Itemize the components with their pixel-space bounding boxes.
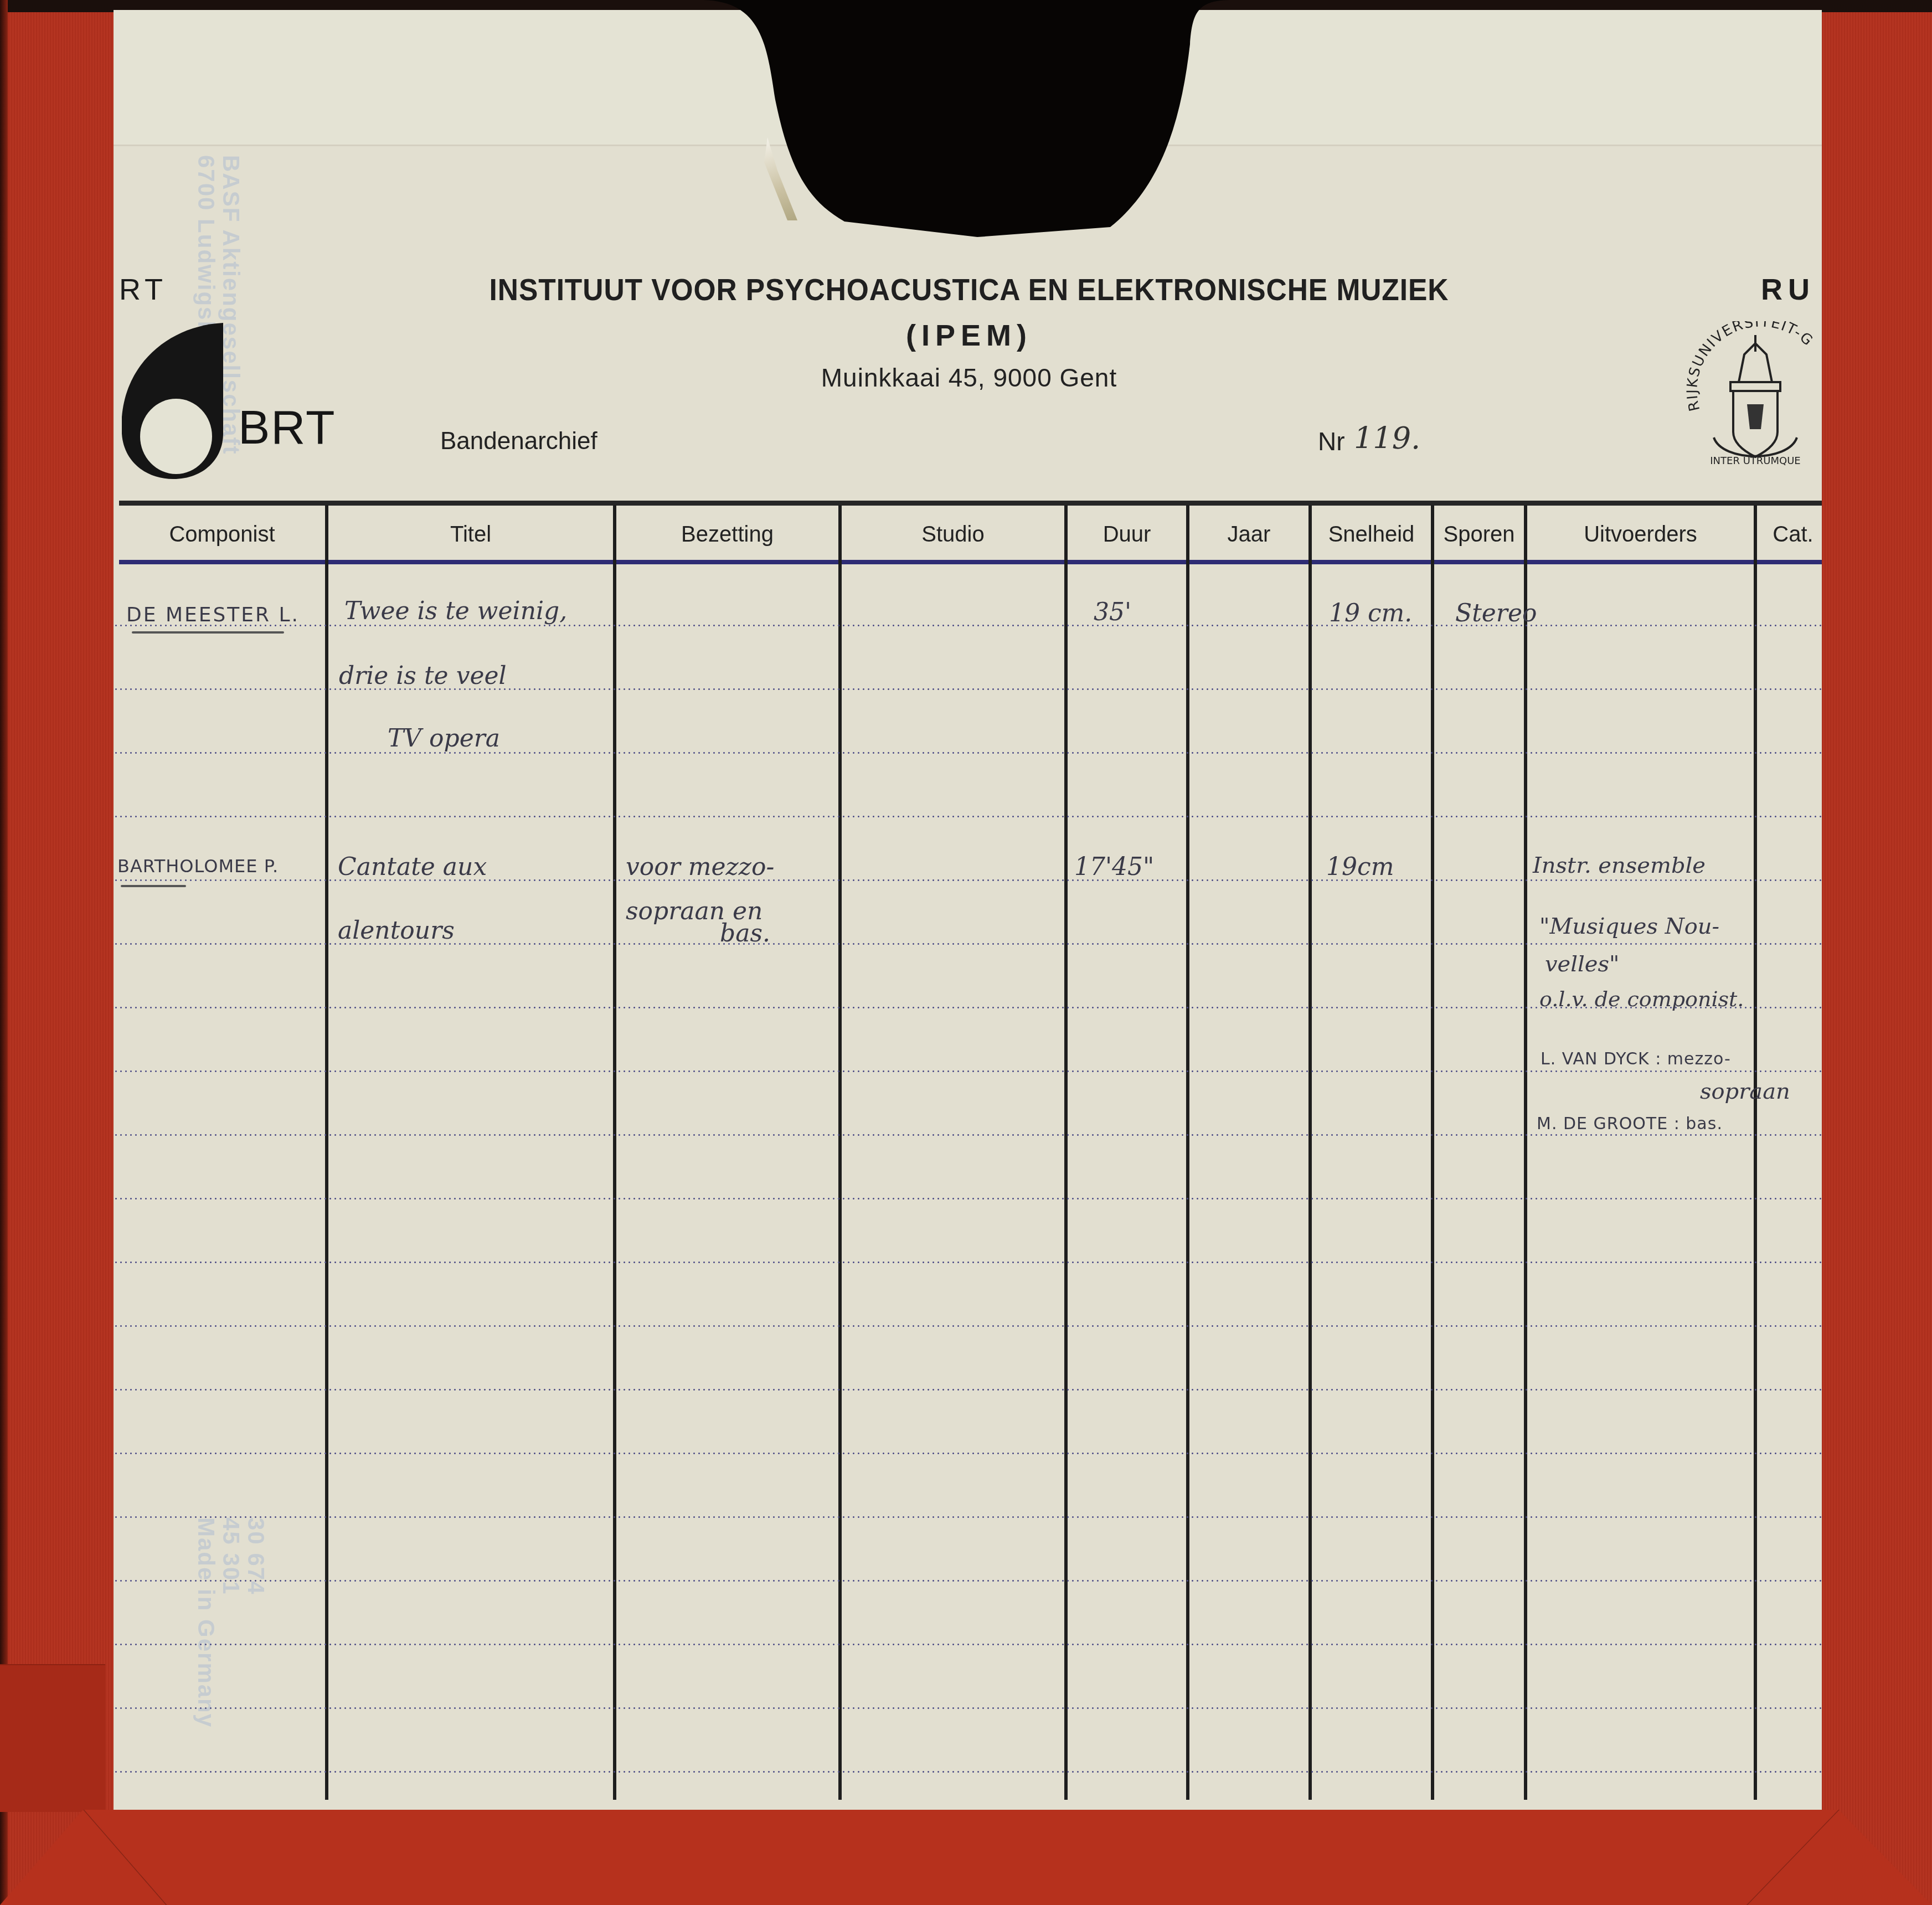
table-header-rule: [119, 560, 1822, 564]
entry-1-componist-underline: [132, 631, 284, 634]
seal-motto: INTER UTRUMQUE: [1710, 455, 1800, 467]
number-label: Nr: [1318, 426, 1345, 456]
column-header-cat: Cat.: [1757, 522, 1829, 547]
entry-2-titel-line1: Cantate aux: [338, 853, 487, 881]
entry-2-uitvoerders-line7: M. DE GROOTE : bas.: [1537, 1114, 1723, 1134]
entry-2-uitvoerders-line3: velles": [1545, 951, 1619, 977]
entry-1-sporen: Stereo: [1455, 599, 1537, 627]
column-header-snelheid: Snelheid: [1312, 522, 1431, 547]
box-left-ridge: [0, 1664, 105, 1812]
entry-2-snelheid: 19cm: [1326, 853, 1394, 881]
ruling-line: [114, 1389, 1822, 1391]
institute-abbreviation: (IPEM): [388, 318, 1550, 353]
entry-2-uitvoerders-line1: Instr. ensemble: [1533, 853, 1706, 878]
column-header-uitvoerders: Uitvoerders: [1527, 522, 1754, 547]
ruling-line: [114, 1198, 1822, 1199]
col-divider: [613, 505, 616, 1800]
university-seal-icon: RIJKSUNIVERSITEIT-G INTER UTRUMQUE: [1683, 321, 1827, 471]
number-value: 119.: [1354, 421, 1420, 456]
table-top-rule: [119, 501, 1822, 506]
ruling-line: [114, 1134, 1822, 1136]
ruling-line: [114, 1516, 1822, 1518]
box-bottom-flap: [0, 1810, 1932, 1905]
entry-1-titel-line1: Twee is te weinig,: [344, 597, 567, 625]
col-divider: [325, 505, 328, 1800]
ruling-line: [114, 1707, 1822, 1709]
entry-2-componist-underline: [121, 885, 186, 887]
col-divider: [1308, 505, 1312, 1800]
ruling-line: [114, 1644, 1822, 1645]
watermark-made-in: Made in Germany: [194, 1517, 218, 1728]
entry-2-uitvoerders-line6: sopraan: [1700, 1079, 1790, 1104]
column-header-bezetting: Bezetting: [616, 522, 838, 547]
brt-logo-icon: [121, 323, 223, 479]
ruling-line: [114, 816, 1822, 817]
ruling-line: [114, 1262, 1822, 1263]
entry-1-duur: 35': [1094, 598, 1131, 626]
column-header-sporen: Sporen: [1434, 522, 1524, 547]
ruling-line: [114, 1070, 1822, 1072]
col-divider: [838, 505, 842, 1800]
entry-2-uitvoerders-line2: "Musiques Nou-: [1539, 914, 1719, 939]
column-header-titel: Titel: [328, 522, 613, 547]
watermark-code-line2: 45 301: [219, 1517, 243, 1595]
entry-2-uitvoerders-line5: L. VAN DYCK : mezzo-: [1541, 1049, 1731, 1069]
column-header-componist: Componist: [119, 522, 325, 547]
brt-logo-text: BRT: [238, 400, 336, 455]
entry-1-titel-line2: drie is te veel: [339, 662, 507, 690]
ruling-line: [114, 1325, 1822, 1327]
header-ru-cut: RU: [1761, 272, 1815, 307]
entry-2-bezetting-line3: bas.: [720, 919, 770, 948]
entry-1-componist: DE MEESTER L.: [126, 604, 300, 626]
col-divider: [1064, 505, 1068, 1800]
entry-2-uitvoerders-line4: o.l.v. de componist.: [1539, 987, 1744, 1011]
ruling-line: [114, 752, 1822, 754]
watermark-code-line1: 30 674: [244, 1517, 268, 1595]
box-left-edge: [0, 0, 8, 1905]
ruling-line: [114, 1771, 1822, 1773]
institute-address: Muinkkaai 45, 9000 Gent: [388, 363, 1550, 393]
column-header-studio: Studio: [842, 522, 1064, 547]
column-header-jaar: Jaar: [1189, 522, 1308, 547]
header-rt-cut: RT: [119, 272, 167, 307]
column-header-duur: Duur: [1068, 522, 1186, 547]
entry-2-duur: 17'45": [1074, 853, 1154, 881]
col-divider: [1431, 505, 1434, 1800]
entry-2-componist: BARTHOLOMEE P.: [117, 856, 279, 877]
archive-label: Bandenarchief: [440, 428, 597, 455]
paper-lower-panel: [114, 146, 1822, 1810]
institute-title: INSTITUUT VOOR PSYCHOACUSTICA EN ELEKTRO…: [434, 271, 1504, 307]
col-divider: [1524, 505, 1527, 1800]
ruling-line: [114, 1453, 1822, 1454]
entry-2-titel-line2: alentours: [338, 917, 455, 945]
svg-text:RIJKSUNIVERSITEIT-G: RIJKSUNIVERSITEIT-G: [1684, 321, 1816, 413]
col-divider: [1186, 505, 1189, 1800]
col-divider: [1754, 505, 1757, 1800]
seal-arc-text: RIJKSUNIVERSITEIT-G: [1684, 321, 1816, 413]
entry-2-bezetting-line1: voor mezzo-: [626, 853, 774, 881]
entry-1-titel-line3: TV opera: [388, 724, 500, 753]
entry-1-snelheid: 19 cm.: [1329, 599, 1412, 627]
ruling-line: [114, 1580, 1822, 1582]
